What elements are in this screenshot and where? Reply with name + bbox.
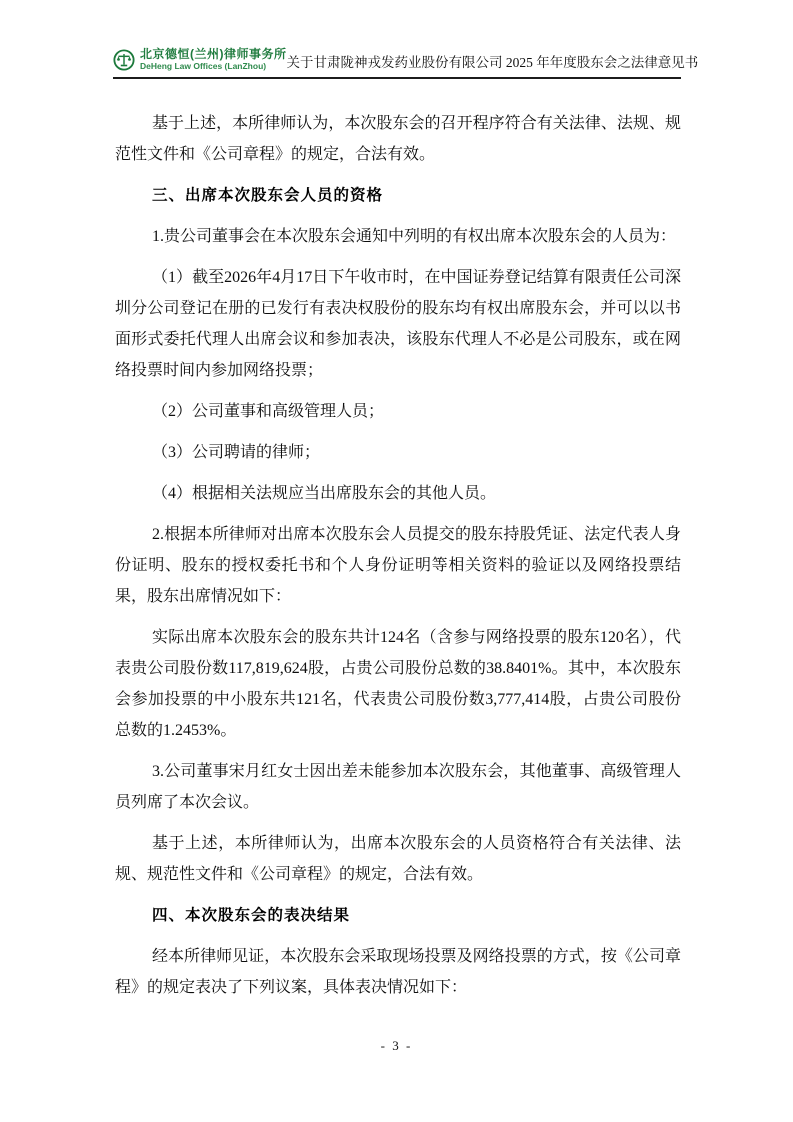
section-heading-4: 四、本次股东会的表决结果 (115, 900, 681, 931)
page-header: 北京德恒(兰州)律师事务所 DeHeng Law Offices (LanZho… (113, 48, 681, 79)
paragraph-conclusion-convening: 基于上述，本所律师认为，本次股东会的召开程序符合有关法律、法规、规范性文件和《公… (115, 108, 681, 170)
law-firm-name-cn: 北京德恒(兰州)律师事务所 (140, 48, 287, 62)
paragraph-item-1-sub-1: （1）截至2026年4月17日下午收市时，在中国证券登记结算有限责任公司深圳分公… (115, 262, 681, 386)
paragraph-voting-intro: 经本所律师见证，本次股东会采取现场投票及网络投票的方式，按《公司章程》的规定表决… (115, 941, 681, 1003)
document-page: 北京德恒(兰州)律师事务所 DeHeng Law Offices (LanZho… (0, 0, 793, 1122)
page-number: - 3 - (0, 1038, 793, 1054)
paragraph-item-1-sub-2: （2）公司董事和高级管理人员； (115, 396, 681, 427)
document-body: 基于上述，本所律师认为，本次股东会的召开程序符合有关法律、法规、规范性文件和《公… (115, 108, 681, 1013)
law-firm-brand: 北京德恒(兰州)律师事务所 DeHeng Law Offices (LanZho… (113, 48, 287, 72)
document-header-title: 关于甘肃陇神戎发药业股份有限公司 2025 年年度股东会之法律意见书 (287, 51, 699, 72)
paragraph-item-2: 2.根据本所律师对出席本次股东会人员提交的股东持股凭证、法定代表人身份证明、股东… (115, 519, 681, 612)
paragraph-item-3: 3.公司董事宋月红女士因出差未能参加本次股东会，其他董事、高级管理人员列席了本次… (115, 756, 681, 818)
paragraph-item-1-sub-3: （3）公司聘请的律师； (115, 437, 681, 468)
paragraph-item-1-sub-4: （4）根据相关法规应当出席股东会的其他人员。 (115, 478, 681, 509)
paragraph-conclusion-qualification: 基于上述，本所律师认为，出席本次股东会的人员资格符合有关法律、法规、规范性文件和… (115, 828, 681, 890)
paragraph-attendance-statistics: 实际出席本次股东会的股东共计124名（含参与网络投票的股东120名），代表贵公司… (115, 622, 681, 746)
section-heading-3: 三、出席本次股东会人员的资格 (115, 180, 681, 211)
paragraph-item-1: 1.贵公司董事会在本次股东会通知中列明的有权出席本次股东会的人员为： (115, 221, 681, 252)
scales-of-justice-logo-icon (113, 49, 135, 71)
law-firm-name-en: DeHeng Law Offices (LanZhou) (140, 62, 287, 72)
law-firm-names: 北京德恒(兰州)律师事务所 DeHeng Law Offices (LanZho… (140, 48, 287, 72)
